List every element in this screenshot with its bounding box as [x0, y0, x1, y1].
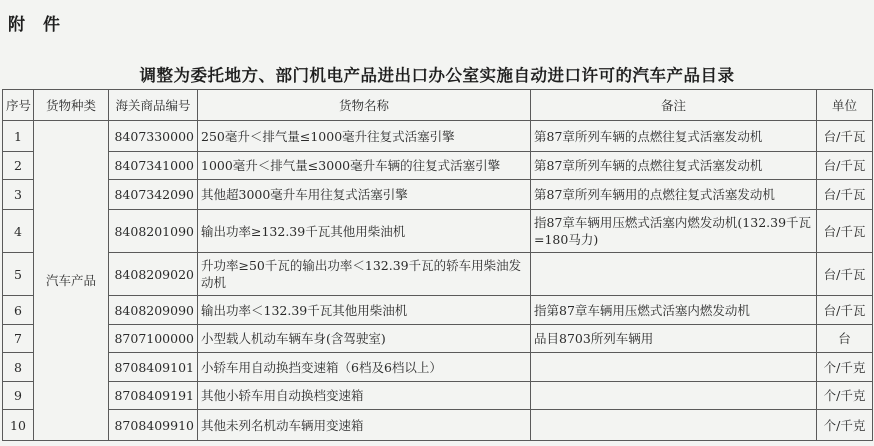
hs-code-cell: 8407330000	[109, 121, 198, 152]
remarks-cell	[531, 253, 817, 296]
goods-name-cell: 其他超3000毫升车用往复式活塞引擎	[198, 180, 531, 210]
hs-code-cell: 8408209020	[109, 253, 198, 296]
unit-cell: 台/千瓦	[817, 253, 873, 296]
goods-name-cell: 小轿车用自动换挡变速箱（6档及6档以上）	[198, 353, 531, 382]
hs-code-cell: 8708409101	[109, 353, 198, 382]
seq-cell: 5	[3, 253, 34, 296]
table-row: 7 8707100000 小型载人机动车辆车身(含驾驶室) 品目8703所列车辆…	[3, 325, 873, 353]
seq-cell: 2	[3, 152, 34, 180]
hs-code-cell: 8408209090	[109, 296, 198, 325]
goods-name-cell: 其他小轿车用自动换档变速箱	[198, 382, 531, 410]
remarks-cell: 指第87章车辆用压燃式活塞内燃发动机	[531, 296, 817, 325]
seq-cell: 6	[3, 296, 34, 325]
hs-code-cell: 8707100000	[109, 325, 198, 353]
seq-cell: 4	[3, 210, 34, 253]
goods-name-cell: 升功率≥50千瓦的输出功率＜132.39千瓦的轿车用柴油发动机	[198, 253, 531, 296]
seq-cell: 10	[3, 410, 34, 441]
remarks-cell: 第87章所列车辆的点燃往复式活塞发动机	[531, 121, 817, 152]
column-header-hs-code: 海关商品编号	[109, 90, 198, 121]
remarks-cell	[531, 353, 817, 382]
hs-code-cell: 8708409910	[109, 410, 198, 441]
unit-cell: 台	[817, 325, 873, 353]
unit-cell: 台/千瓦	[817, 121, 873, 152]
unit-cell: 台/千瓦	[817, 152, 873, 180]
remarks-cell: 品目8703所列车辆用	[531, 325, 817, 353]
unit-cell: 个/千克	[817, 353, 873, 382]
goods-name-cell: 输出功率＜132.39千瓦其他用柴油机	[198, 296, 531, 325]
unit-cell: 个/千克	[817, 410, 873, 441]
seq-cell: 7	[3, 325, 34, 353]
seq-cell: 8	[3, 353, 34, 382]
seq-cell: 9	[3, 382, 34, 410]
remarks-cell: 第87章所列车辆的点燃往复式活塞发动机	[531, 152, 817, 180]
remarks-cell	[531, 410, 817, 441]
column-header-unit: 单位	[817, 90, 873, 121]
column-header-seq: 序号	[3, 90, 34, 121]
column-header-goods-name: 货物名称	[198, 90, 531, 121]
column-header-category: 货物种类	[34, 90, 109, 121]
table-row: 8 8708409101 小轿车用自动换挡变速箱（6档及6档以上） 个/千克	[3, 353, 873, 382]
unit-cell: 个/千克	[817, 382, 873, 410]
column-header-remarks: 备注	[531, 90, 817, 121]
table-row: 3 8407342090 其他超3000毫升车用往复式活塞引擎 第87章所列车辆…	[3, 180, 873, 210]
table-row: 2 8407341000 1000毫升＜排气量≤3000毫升车辆的往复式活塞引擎…	[3, 152, 873, 180]
document-title: 调整为委托地方、部门机电产品进出口办公室实施自动进口许可的汽车产品目录	[0, 62, 874, 86]
hs-code-cell: 8407342090	[109, 180, 198, 210]
remarks-cell: 第87章所列车辆用的点燃往复式活塞发动机	[531, 180, 817, 210]
product-catalog-table: 序号 货物种类 海关商品编号 货物名称 备注 单位 1 汽车产品 8407330…	[2, 89, 873, 441]
goods-name-cell: 250毫升＜排气量≤1000毫升往复式活塞引擎	[198, 121, 531, 152]
table-row: 9 8708409191 其他小轿车用自动换档变速箱 个/千克	[3, 382, 873, 410]
goods-name-cell: 输出功率≥132.39千瓦其他用柴油机	[198, 210, 531, 253]
unit-cell: 台/千瓦	[817, 296, 873, 325]
category-cell: 汽车产品	[34, 121, 109, 441]
seq-cell: 3	[3, 180, 34, 210]
attachment-label: 附件	[8, 10, 78, 35]
hs-code-cell: 8708409191	[109, 382, 198, 410]
table-row: 5 8408209020 升功率≥50千瓦的输出功率＜132.39千瓦的轿车用柴…	[3, 253, 873, 296]
remarks-cell	[531, 382, 817, 410]
remarks-cell: 指87章车辆用压燃式活塞内燃发动机(132.39千瓦=180马力)	[531, 210, 817, 253]
goods-name-cell: 小型载人机动车辆车身(含驾驶室)	[198, 325, 531, 353]
table-header-row: 序号 货物种类 海关商品编号 货物名称 备注 单位	[3, 90, 873, 121]
hs-code-cell: 8407341000	[109, 152, 198, 180]
hs-code-cell: 8408201090	[109, 210, 198, 253]
table-row: 6 8408209090 输出功率＜132.39千瓦其他用柴油机 指第87章车辆…	[3, 296, 873, 325]
table-row: 1 汽车产品 8407330000 250毫升＜排气量≤1000毫升往复式活塞引…	[3, 121, 873, 152]
unit-cell: 台/千瓦	[817, 210, 873, 253]
table-row: 10 8708409910 其他未列名机动车辆用变速箱 个/千克	[3, 410, 873, 441]
unit-cell: 台/千瓦	[817, 180, 873, 210]
goods-name-cell: 其他未列名机动车辆用变速箱	[198, 410, 531, 441]
table-row: 4 8408201090 输出功率≥132.39千瓦其他用柴油机 指87章车辆用…	[3, 210, 873, 253]
seq-cell: 1	[3, 121, 34, 152]
goods-name-cell: 1000毫升＜排气量≤3000毫升车辆的往复式活塞引擎	[198, 152, 531, 180]
